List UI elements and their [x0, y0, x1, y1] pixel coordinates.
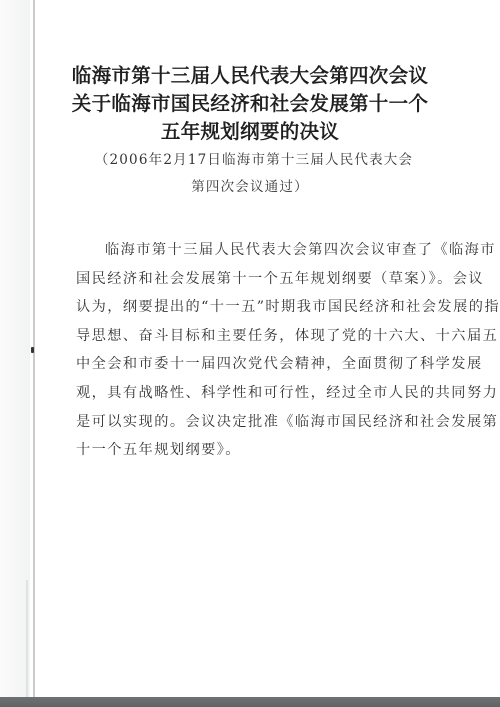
body-line-5: 中全会和市委十一届四次党代会精神，全面贯彻了科学发展	[76, 350, 438, 379]
body-line-4: 导思想、奋斗目标和主要任务，体现了党的十六大、十六届五	[76, 322, 438, 351]
body-line-8: 十一个五年规划纲要》。	[76, 436, 438, 465]
subtitle-line-2: 第四次会议通过）	[0, 174, 500, 201]
body-line-2: 国民经济和社会发展第十一个五年规划纲要（草案）》。会议	[76, 265, 438, 294]
document-title: 临海市第十三届人民代表大会第四次会议 关于临海市国民经济和社会发展第十一个 五年…	[0, 62, 500, 146]
body-line-6: 观，具有战略性、科学性和可行性，经过全市人民的共同努力	[76, 379, 438, 408]
body-line-1: 临海市第十三届人民代表大会第四次会议审查了《临海市	[76, 236, 438, 265]
body-line-7: 是可以实现的。会议决定批准《临海市国民经济和社会发展第	[76, 408, 438, 437]
title-line-1: 临海市第十三届人民代表大会第四次会议	[0, 62, 500, 90]
scan-speck	[31, 347, 34, 353]
scan-page-fold	[26, 580, 28, 697]
body-line-3: 认为，纲要提出的“十一五”时期我市国民经济和社会发展的指	[76, 293, 438, 322]
document-subtitle: （2006年2月17日临海市第十三届人民代表大会 第四次会议通过）	[0, 147, 500, 201]
title-line-3: 五年规划纲要的决议	[0, 118, 500, 146]
subtitle-line-1: （2006年2月17日临海市第十三届人民代表大会	[0, 147, 500, 174]
title-line-2: 关于临海市国民经济和社会发展第十一个	[0, 90, 500, 118]
document-body: 临海市第十三届人民代表大会第四次会议审查了《临海市 国民经济和社会发展第十一个五…	[76, 236, 438, 465]
scan-bottom-edge	[0, 697, 500, 707]
